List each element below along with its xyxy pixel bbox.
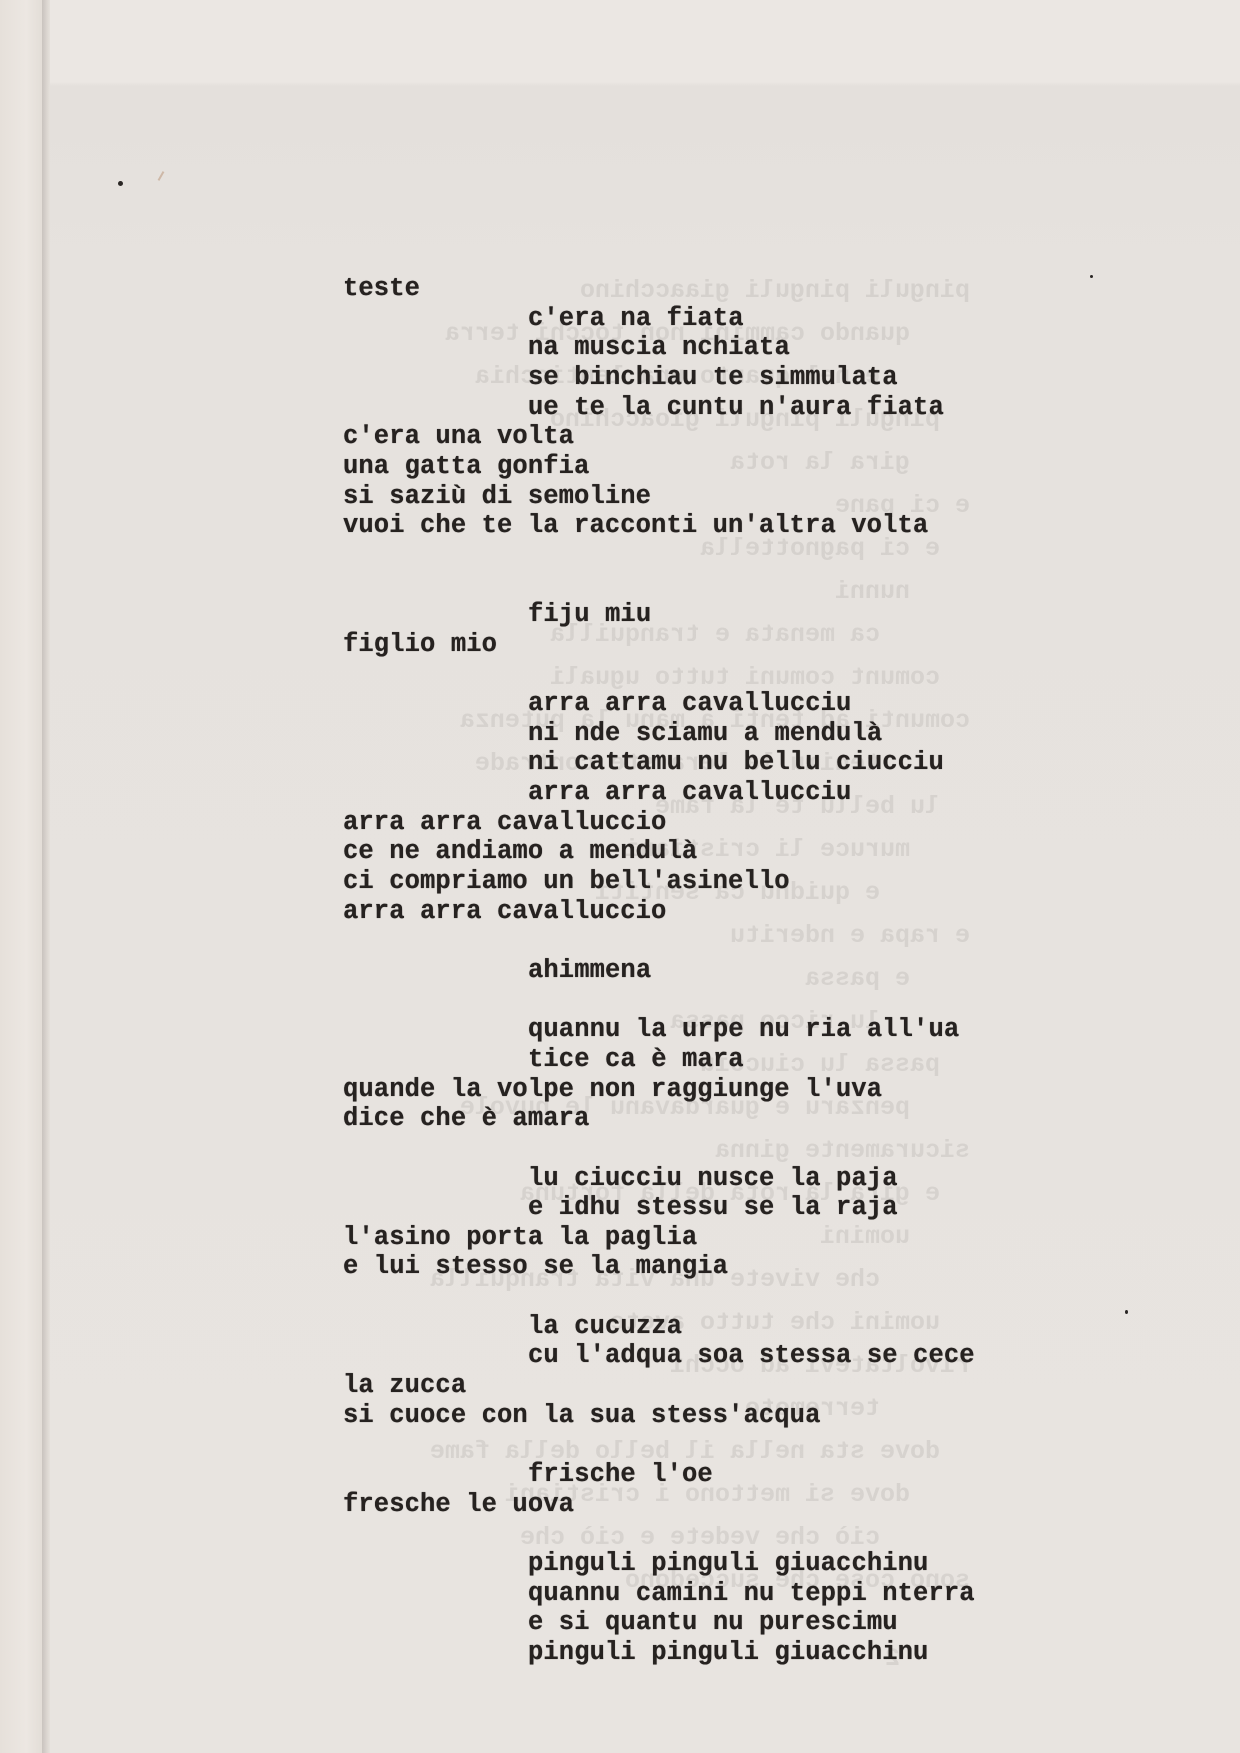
dialect-line: la cucuzza	[528, 1314, 682, 1340]
binding-shadow	[42, 0, 50, 1753]
dialect-line: tice ca è mara	[528, 1047, 744, 1073]
italian-line: arra arra cavalluccio	[343, 810, 666, 836]
dialect-line: quannu camini nu teppi nterra	[528, 1581, 975, 1607]
ink-speck	[118, 181, 123, 186]
italian-line: e lui stesso se la mangia	[343, 1254, 728, 1280]
dialect-line: ue te la cuntu n'aura fiata	[528, 395, 944, 421]
italian-line: l'asino porta la paglia	[343, 1225, 697, 1251]
dialect-line: cu l'adqua soa stessa se cece	[528, 1343, 975, 1369]
dialect-line: ni nde sciamu a mendulà	[528, 721, 882, 747]
dialect-line: e si quantu nu purescimu	[528, 1610, 898, 1636]
italian-line: arra arra cavalluccio	[343, 899, 666, 925]
dialect-line: lu ciucciu nusce la paja	[528, 1166, 898, 1192]
dialect-line: na muscia nchiata	[528, 335, 790, 361]
italian-line: una gatta gonfia	[343, 454, 589, 480]
italian-line: fresche le uova	[343, 1492, 574, 1518]
binding-strip	[0, 0, 44, 1753]
dialect-line: arra arra cavallucciu	[528, 691, 851, 717]
dialect-line: fiju miu	[528, 602, 651, 628]
dialect-line: e idhu stessu se la raja	[528, 1195, 898, 1221]
dialect-line: frische l'oe	[528, 1462, 713, 1488]
italian-line: vuoi che te la racconti un'altra volta	[343, 513, 928, 539]
dialect-line: pinguli pinguli giuacchinu	[528, 1551, 928, 1577]
dialect-line: c'era na fiata	[528, 306, 744, 332]
dialect-line: quannu la urpe nu ria all'ua	[528, 1017, 959, 1043]
dialect-line: arra arra cavallucciu	[528, 780, 851, 806]
italian-line: la zucca	[343, 1373, 466, 1399]
dialect-line: pinguli pinguli giuacchinu	[528, 1640, 928, 1666]
page-heading: teste	[343, 276, 420, 302]
italian-line: ci compriamo un bell'asinello	[343, 869, 790, 895]
italian-line: ce ne andiamo a mendulà	[343, 839, 697, 865]
dialect-line: ahimmena	[528, 958, 651, 984]
dialect-line: ni cattamu nu bellu ciucciu	[528, 750, 944, 776]
italian-line: figlio mio	[343, 632, 497, 658]
italian-line: quande la volpe non raggiunge l'uva	[343, 1077, 882, 1103]
ink-speck	[1125, 1310, 1128, 1314]
italian-line: si saziù di semoline	[343, 484, 651, 510]
italian-line: c'era una volta	[343, 424, 574, 450]
italian-line: si cuoce con la sua stess'acqua	[343, 1403, 820, 1429]
italian-line: dice che è amara	[343, 1106, 589, 1132]
ink-speck	[1090, 275, 1093, 278]
dialect-line: se binchiau te simmulata	[528, 365, 898, 391]
